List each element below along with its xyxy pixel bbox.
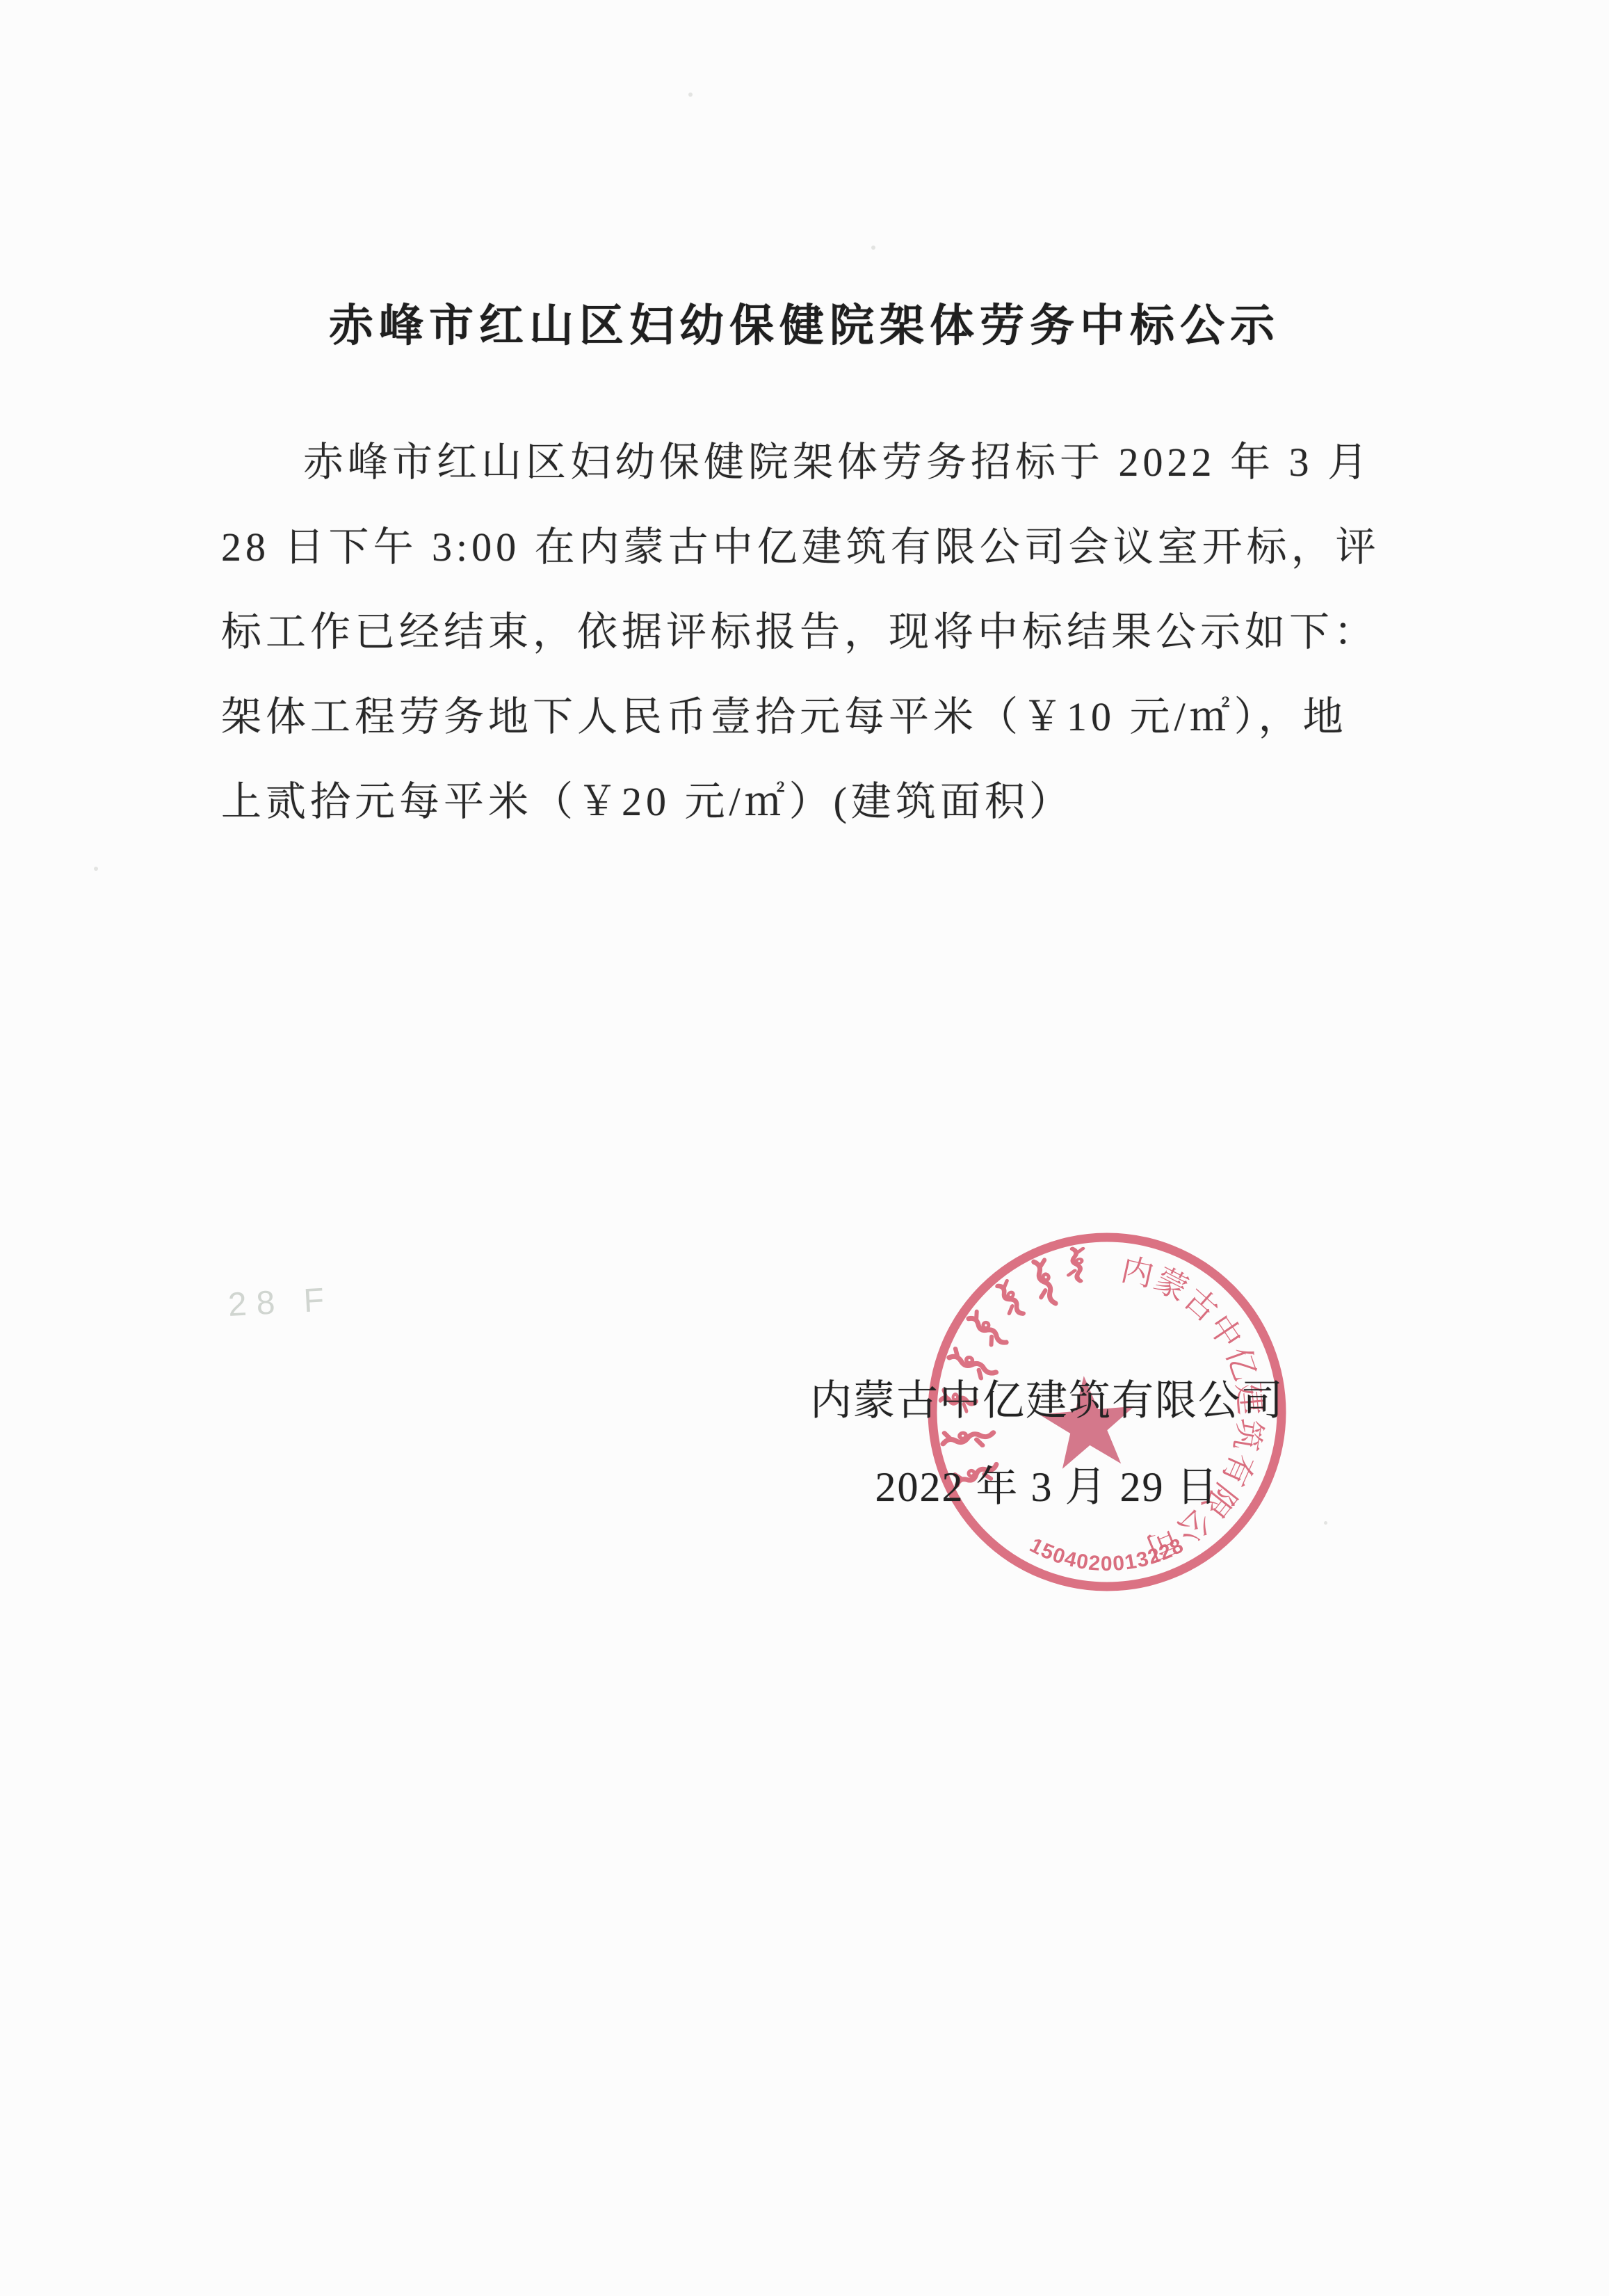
document-body: 赤峰市红山区妇幼保健院架体劳务招标于 2022 年 3 月 28 日下午 3:0… (221, 420, 1424, 844)
signature-company-name: 内蒙古中亿建筑有限公司 (806, 1367, 1288, 1427)
body-line: 架体工程劳务地下人民币壹拾元每平米（￥10 元/㎡），地 (221, 675, 1424, 760)
body-line: 28 日下午 3:00 在内蒙古中亿建筑有限公司会议室开标，评 (221, 505, 1424, 590)
body-line: 赤峰市红山区妇幼保健院架体劳务招标于 2022 年 3 月 (221, 420, 1424, 505)
body-line: 标工作已经结束，依据评标报告，现将中标结果公示如下： (221, 590, 1424, 675)
scan-speck (871, 246, 875, 250)
scan-speck (1324, 1521, 1327, 1525)
bleed-through-text: 28 F (227, 1281, 335, 1324)
scan-speck (94, 867, 98, 871)
scan-speck (688, 93, 693, 97)
scanned-document-page: 赤峰市红山区妇幼保健院架体劳务中标公示 赤峰市红山区妇幼保健院架体劳务招标于 2… (0, 0, 1609, 2296)
document-title: 赤峰市红山区妇幼保健院架体劳务中标公示 (0, 290, 1609, 354)
signature-date: 2022 年 3 月 29 日 (806, 1454, 1288, 1514)
body-line: 上贰拾元每平米（￥20 元/㎡）(建筑面积） (221, 760, 1424, 844)
